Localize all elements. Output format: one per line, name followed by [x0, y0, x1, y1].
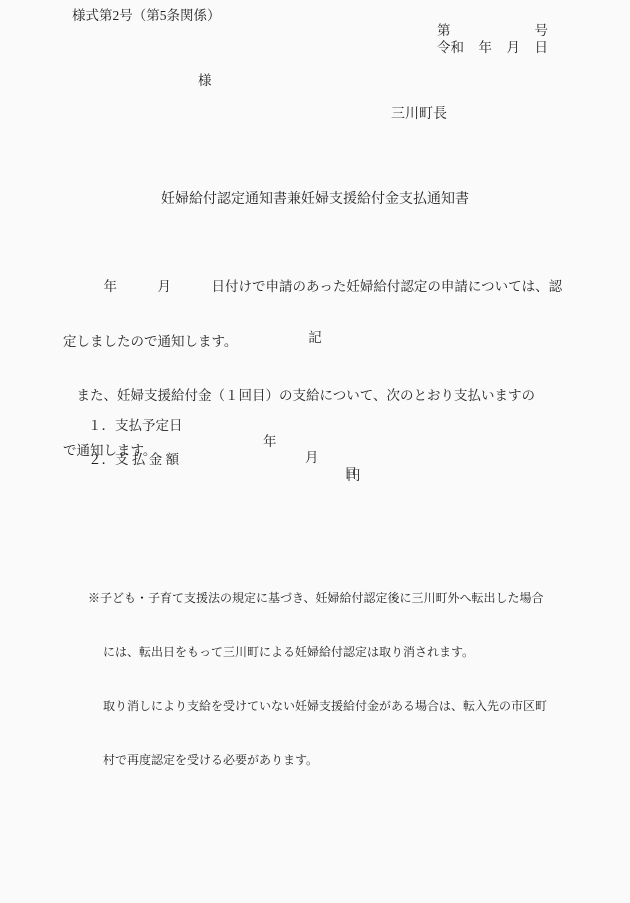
yen-unit-label: 円 [347, 464, 361, 484]
issue-date-line: 令和 年 月 日 [437, 36, 548, 56]
body-line: 年 月 日付けで申請のあった妊婦給付認定の申請については、認 [63, 278, 562, 297]
payment-amount-item: ２．支 払 金 額 円 [0, 432, 630, 448]
era-label: 令和 [437, 36, 464, 56]
day-label: 日 [535, 36, 549, 56]
footnote-line: 取り消しにより支給を受けていない妊婦支援給付金がある場合は、転入先の市区町 [88, 697, 547, 715]
ki-marker: 記 [0, 326, 630, 346]
payment-date-label: １．支払予定日 [88, 414, 183, 434]
document-title: 妊婦給付認定通知書兼妊婦支援給付金支払通知書 [0, 188, 630, 208]
footnote-line: には、転出日をもって三川町による妊婦給付認定は取り消されます。 [88, 643, 547, 661]
issuer-name: 三川町長 [391, 103, 447, 123]
footnote-line: 村で再度認定を受ける必要があります。 [88, 751, 547, 769]
footnote: ※子ども・子育て支援法の規定に基づき、妊婦給付認定後に三川町外へ転出した場合 に… [88, 553, 547, 805]
footnote-line: ※子ども・子育て支援法の規定に基づき、妊婦給付認定後に三川町外へ転出した場合 [88, 589, 547, 607]
notice-document-page: 様式第2号（第5条関係） 第 号 令和 年 月 日 様 三川町長 妊婦給付認定通… [0, 0, 630, 903]
month-label: 月 [507, 36, 521, 56]
form-number: 様式第2号（第5条関係） [72, 4, 221, 24]
payment-date-item: １．支払予定日 年 月 日 [0, 398, 630, 414]
payment-amount-label: ２．支 払 金 額 [88, 448, 179, 468]
addressee-honorific: 様 [198, 69, 212, 89]
year-label: 年 [479, 36, 493, 56]
payment-month-label: 月 [305, 446, 319, 466]
